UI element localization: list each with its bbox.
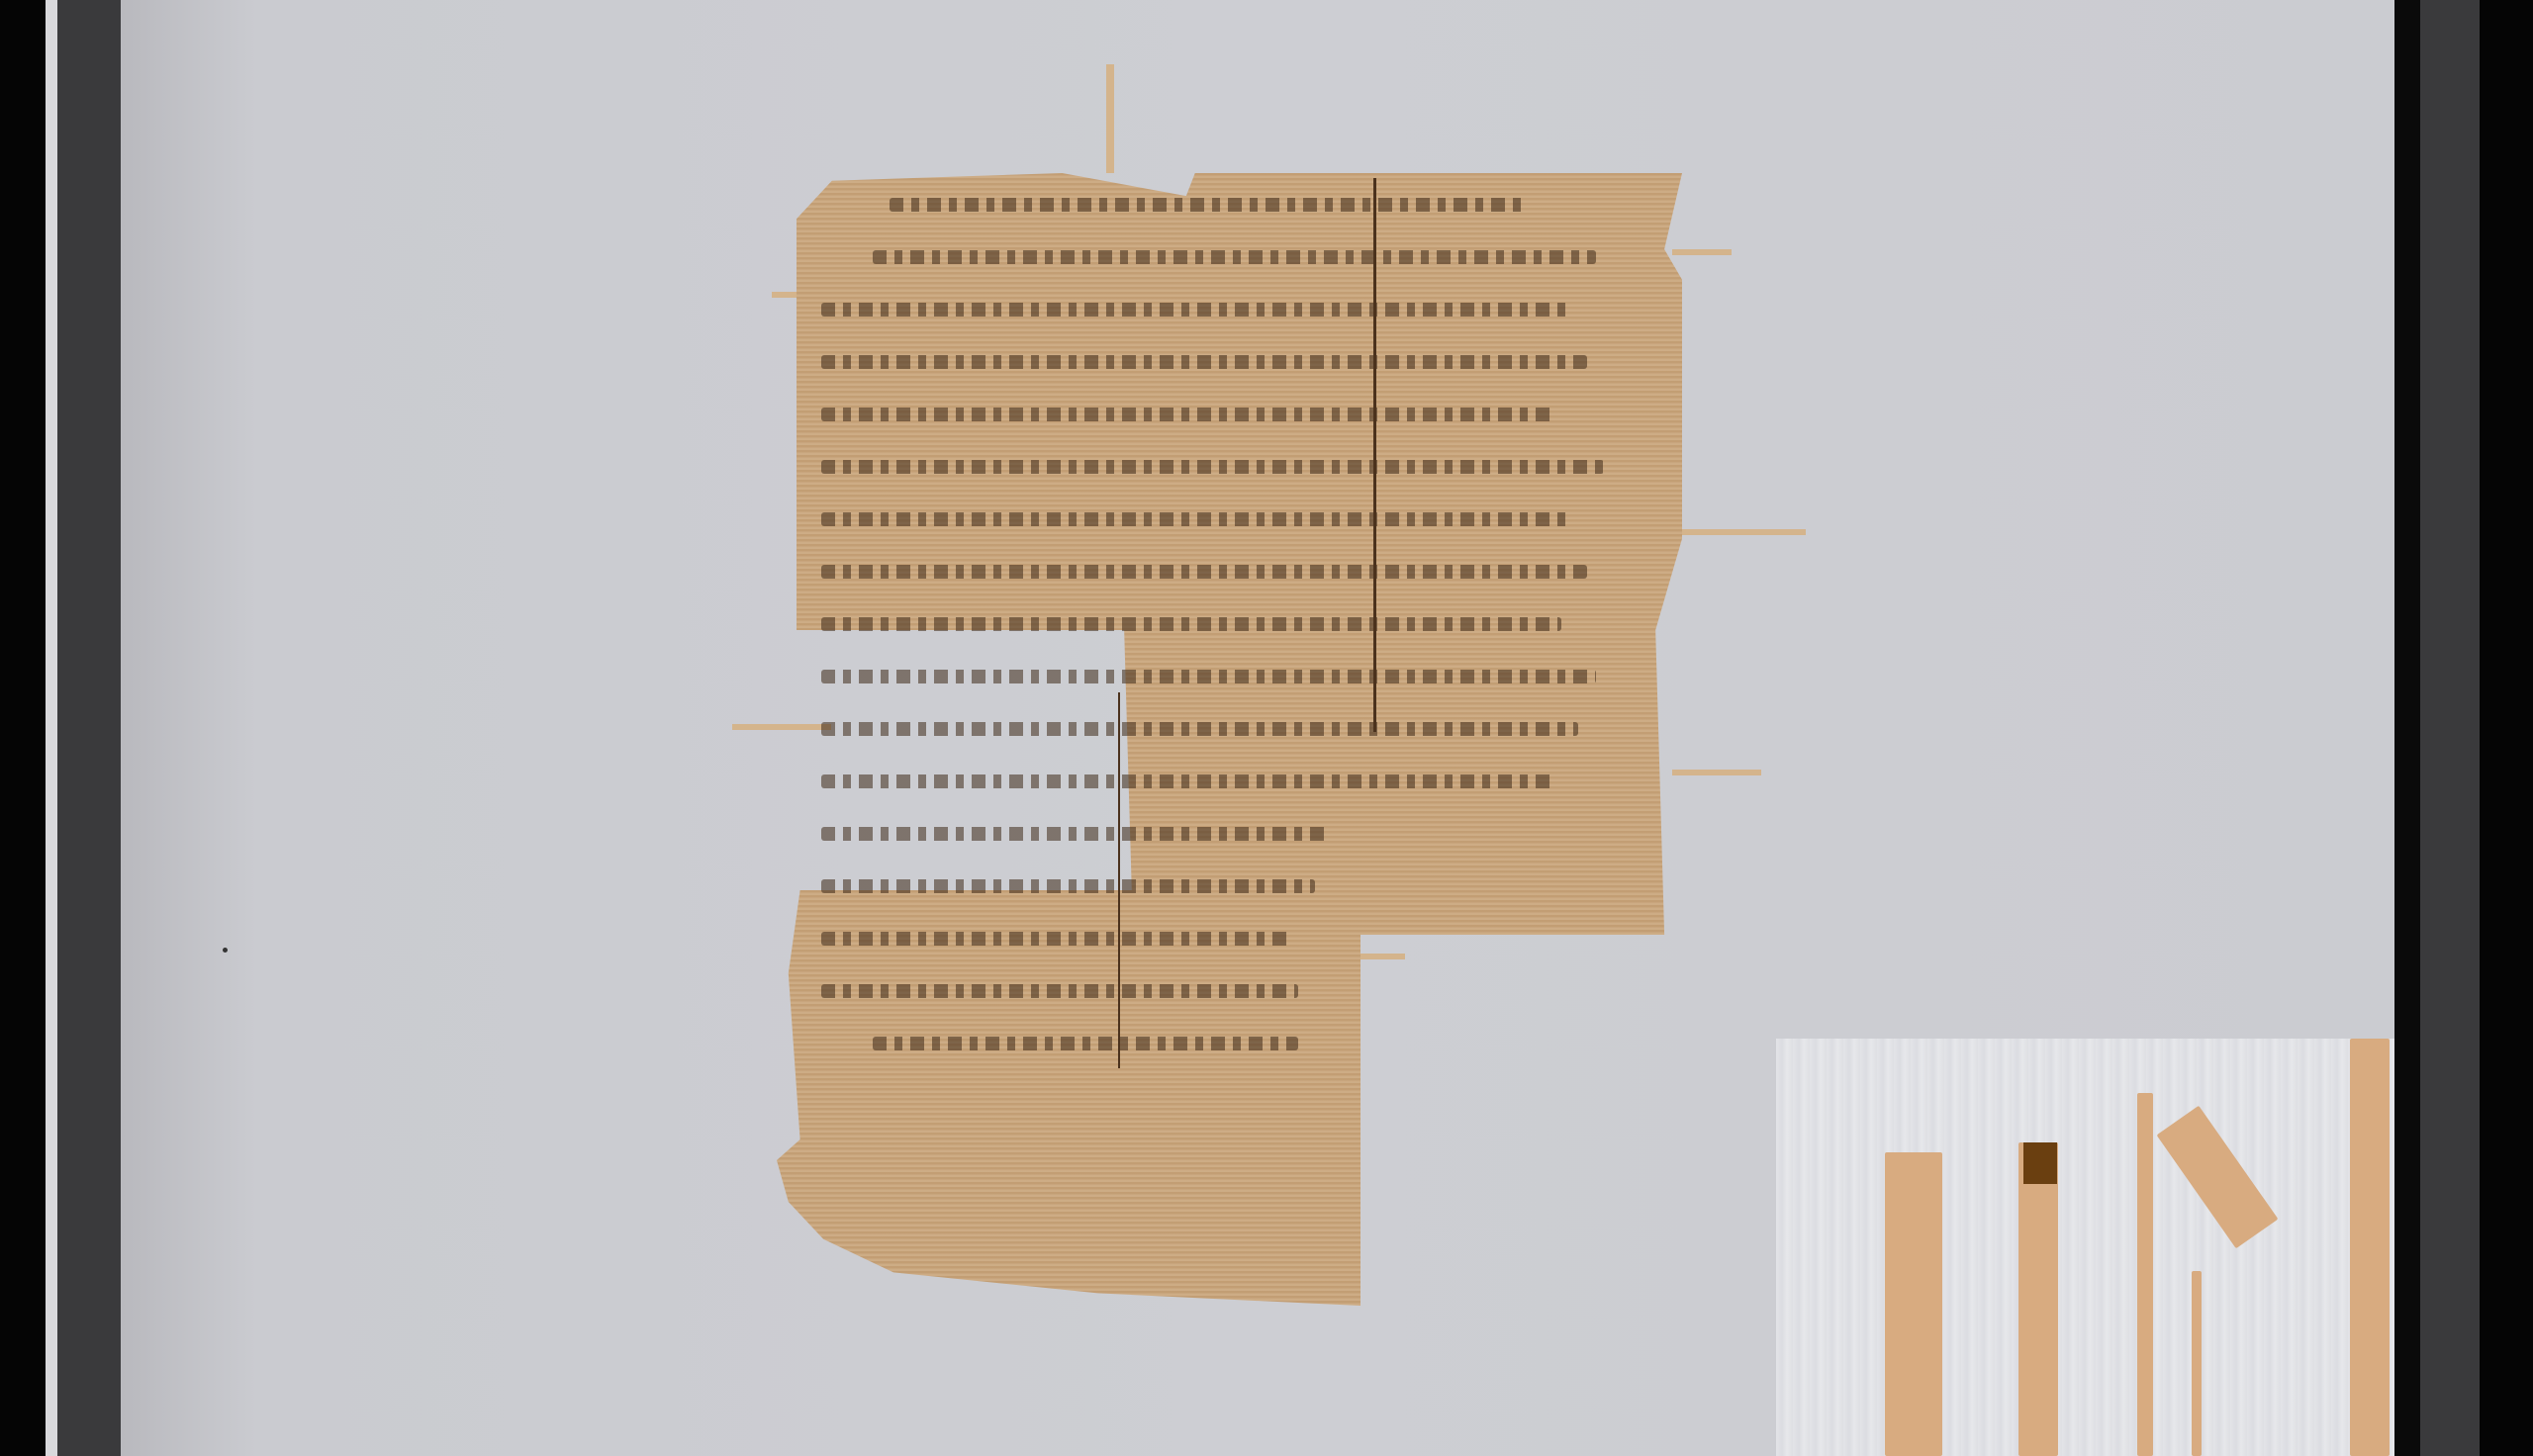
papyrus-crack <box>1373 178 1376 732</box>
script-line <box>821 512 1570 526</box>
script-line <box>821 879 1315 893</box>
frame-right-mat <box>2420 0 2480 1456</box>
script-line <box>821 984 1298 998</box>
loose-papyrus-strip <box>2018 1142 2058 1456</box>
papyrus-crack <box>1118 692 1120 1068</box>
loose-papyrus-strip <box>2137 1093 2153 1456</box>
frame-left-edge <box>0 0 46 1456</box>
frame-right-edge <box>2480 0 2533 1456</box>
script-line <box>821 932 1289 946</box>
papyrus-fiber <box>1672 770 1761 775</box>
script-line <box>821 355 1587 369</box>
loose-papyrus-strip <box>1885 1152 1942 1456</box>
script-line <box>873 1037 1298 1050</box>
papyrus-fiber <box>1672 249 1732 255</box>
script-line <box>821 617 1561 631</box>
tissue-backing <box>1776 1039 2394 1456</box>
loose-papyrus-strip <box>2350 1039 2390 1456</box>
papyrus-script <box>821 198 1672 1089</box>
script-line <box>821 774 1553 788</box>
backing-speck <box>223 948 228 953</box>
papyrus-fiber <box>1106 64 1114 173</box>
script-line <box>821 827 1332 841</box>
script-line <box>821 408 1553 421</box>
strip-dark-end <box>2023 1142 2057 1184</box>
script-line <box>821 722 1578 736</box>
script-line <box>873 250 1596 264</box>
script-line <box>821 303 1570 317</box>
papyrus-fiber <box>1672 529 1806 535</box>
script-line <box>821 460 1604 474</box>
frame-right-inner <box>2394 0 2420 1456</box>
script-line <box>890 198 1528 212</box>
papyrus-fiber <box>732 724 831 730</box>
loose-papyrus-strip <box>2192 1271 2202 1456</box>
script-line <box>821 565 1587 579</box>
frame-left-highlight <box>46 0 57 1456</box>
script-line <box>821 670 1596 683</box>
frame-left-mat <box>57 0 121 1456</box>
